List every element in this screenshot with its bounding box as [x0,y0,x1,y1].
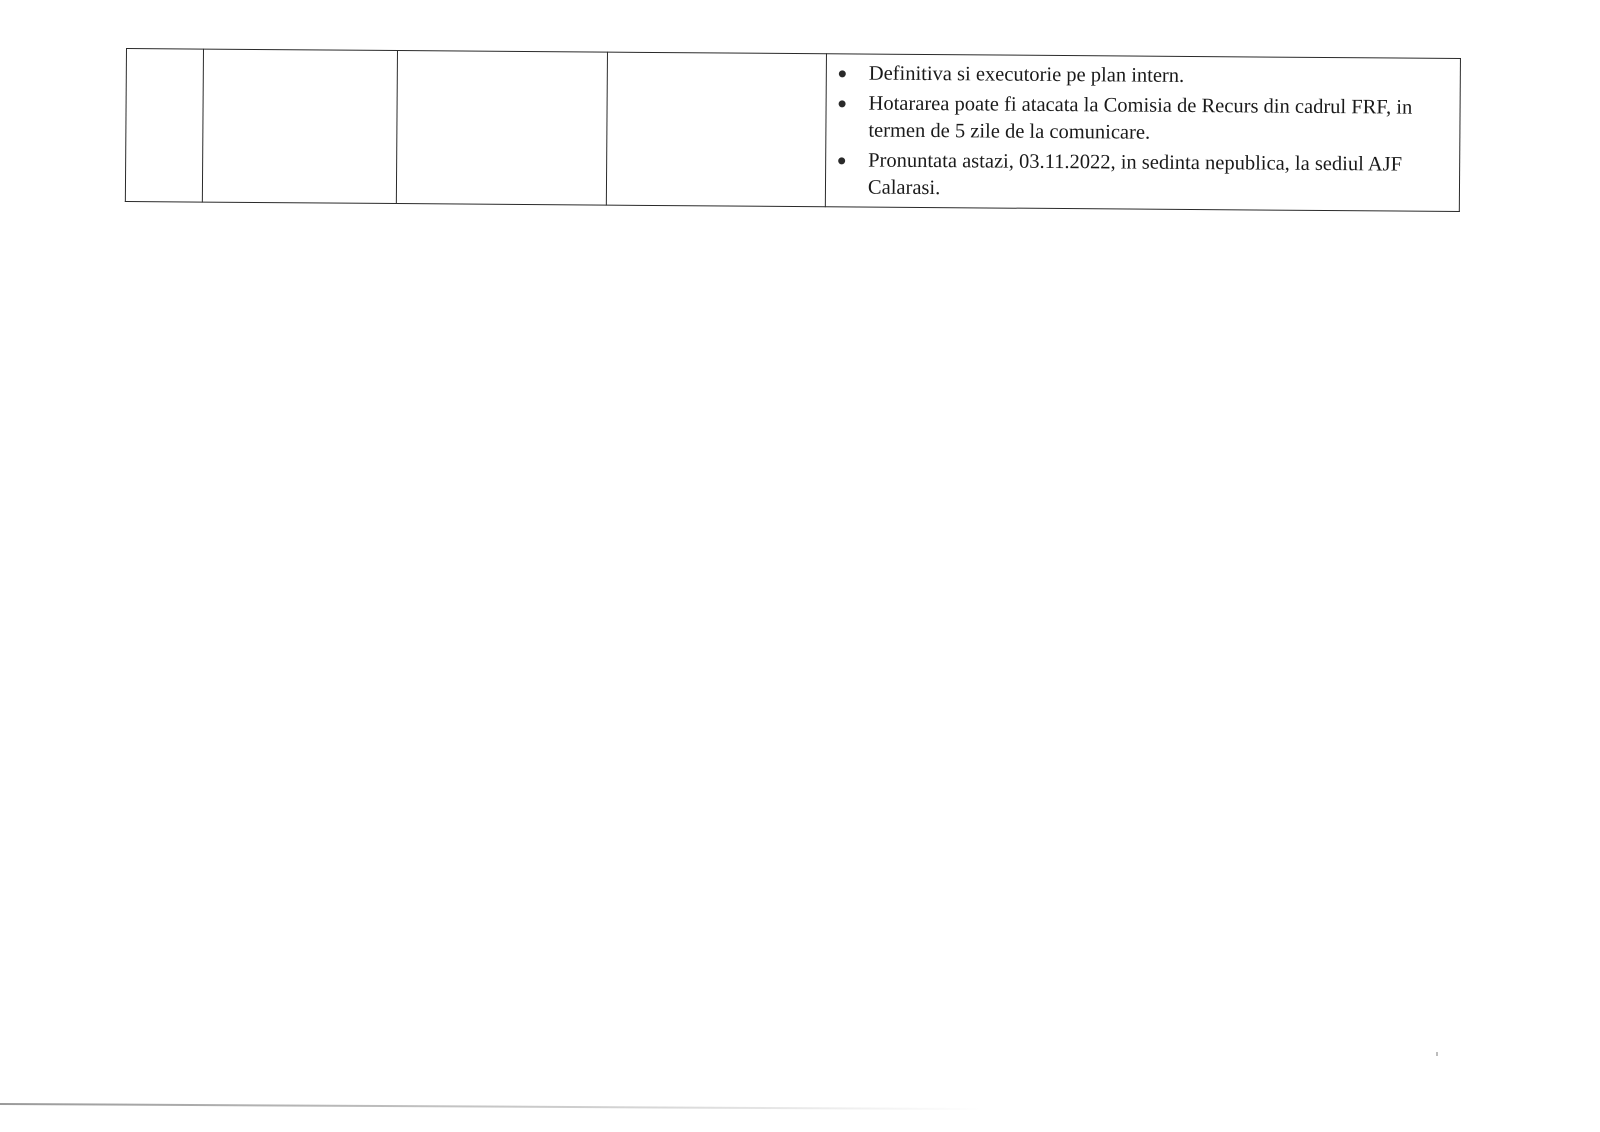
list-item: Pronuntata astazi, 03.11.2022, in sedint… [868,147,1459,206]
list-item: Hotararea poate fi atacata la Comisia de… [868,90,1459,149]
scan-edge-line [0,1103,980,1110]
table-cell-col4 [606,52,826,207]
table-row: Definitiva si executorie pe plan intern.… [125,49,1460,212]
list-item: Definitiva si executorie pe plan intern. [869,61,1460,93]
table-cell-decision: Definitiva si executorie pe plan intern.… [825,54,1460,212]
decision-bullet-list: Definitiva si executorie pe plan intern.… [826,60,1460,206]
table-cell-col2 [202,49,397,203]
document-page: Definitiva si executorie pe plan intern.… [0,0,1600,1132]
decision-table-wrapper: Definitiva si executorie pe plan intern.… [125,48,1461,212]
table-cell-number [125,49,203,203]
table-cell-col3 [396,51,607,206]
scan-artifact [1436,1052,1438,1056]
decision-table: Definitiva si executorie pe plan intern.… [125,48,1461,212]
